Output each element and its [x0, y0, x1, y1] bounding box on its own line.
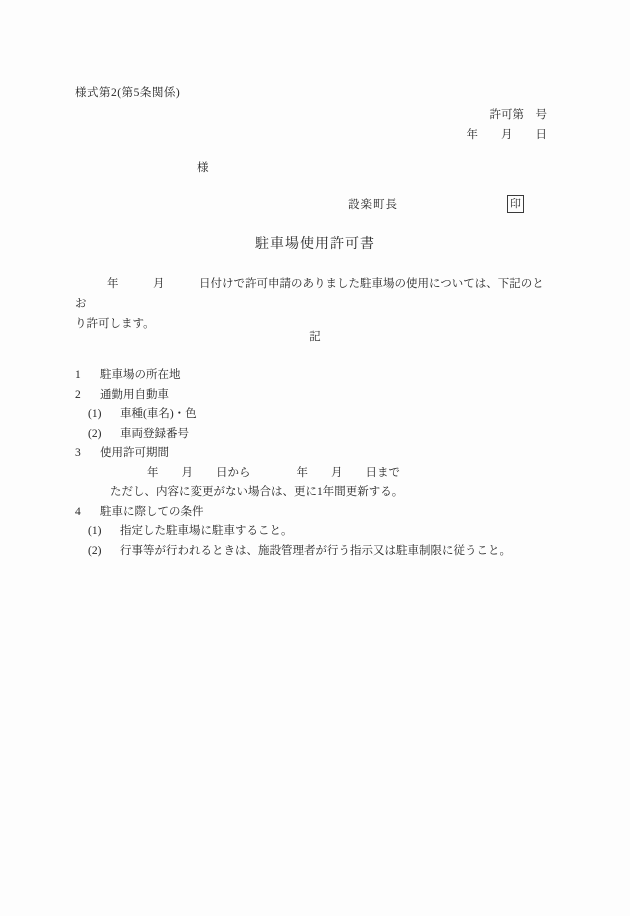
issue-date-line: 年 月 日: [467, 126, 548, 142]
list-item: 2 通勤用自動車: [75, 386, 590, 406]
list-item: (1) 指定した駐車場に駐車すること。: [75, 522, 590, 542]
body-paragraph-line1: 年 月 日付けで許可申請のありました駐車場の使用については、下記のとお: [75, 274, 555, 314]
seal-stamp-box: 印: [507, 195, 524, 213]
permit-document-page: 様式第2(第5条関係) 許可第 号 年 月 日 様 設楽町長 印 駐車場使用許可…: [0, 0, 630, 916]
record-marker: 記: [0, 328, 630, 344]
list-item-date-range: 年 月 日から 年 月 日まで: [75, 464, 590, 484]
list-item-number: (1): [88, 522, 120, 542]
conditions-list: 1 駐車場の所在地 2 通勤用自動車 (1) 車種(車名)・色 (2) 車両登録…: [75, 366, 590, 561]
list-item-text: 車種(車名)・色: [120, 405, 197, 425]
list-item: (2) 行事等が行われるときは、施設管理者が行う指示又は駐車制限に従うこと。: [75, 542, 590, 562]
list-item: 3 使用許可期間: [75, 444, 590, 464]
list-item-number: 1: [75, 366, 100, 386]
list-item-proviso: ただし、内容に変更がない場合は、更に1年間更新する。: [75, 483, 590, 503]
list-item-number: 3: [75, 444, 100, 464]
list-item-text: 駐車に際しての条件: [100, 503, 204, 523]
list-item-text: 使用許可期間: [100, 444, 169, 464]
list-item-text: 車両登録番号: [120, 425, 189, 445]
list-item-text: 駐車場の所在地: [100, 366, 181, 386]
addressee-honorific: 様: [197, 159, 209, 175]
list-item-number: 2: [75, 386, 100, 406]
list-item-number: (2): [88, 542, 120, 562]
list-item-number: (1): [88, 405, 120, 425]
list-item: (2) 車両登録番号: [75, 425, 590, 445]
form-reference: 様式第2(第5条関係): [75, 84, 180, 100]
list-item-text: 指定した駐車場に駐車すること。: [120, 522, 293, 542]
document-title: 駐車場使用許可書: [0, 233, 630, 253]
list-item: 4 駐車に際しての条件: [75, 503, 590, 523]
list-item-text: 行事等が行われるときは、施設管理者が行う指示又は駐車制限に従うこと。: [120, 542, 511, 562]
permit-number-line: 許可第 号: [490, 106, 548, 122]
list-item-text: 年 月 日から 年 月 日まで: [147, 464, 400, 484]
list-item-text: ただし、内容に変更がない場合は、更に1年間更新する。: [110, 483, 403, 503]
list-item: 1 駐車場の所在地: [75, 366, 590, 386]
list-item: (1) 車種(車名)・色: [75, 405, 590, 425]
list-item-text: 通勤用自動車: [100, 386, 169, 406]
list-item-number: 4: [75, 503, 100, 523]
seal-mark-icon: 印: [510, 199, 521, 210]
list-item-number: (2): [88, 425, 120, 445]
body-paragraph: 年 月 日付けで許可申請のありました駐車場の使用については、下記のとお り許可し…: [75, 274, 555, 334]
issuer-title: 設楽町長: [348, 196, 398, 212]
